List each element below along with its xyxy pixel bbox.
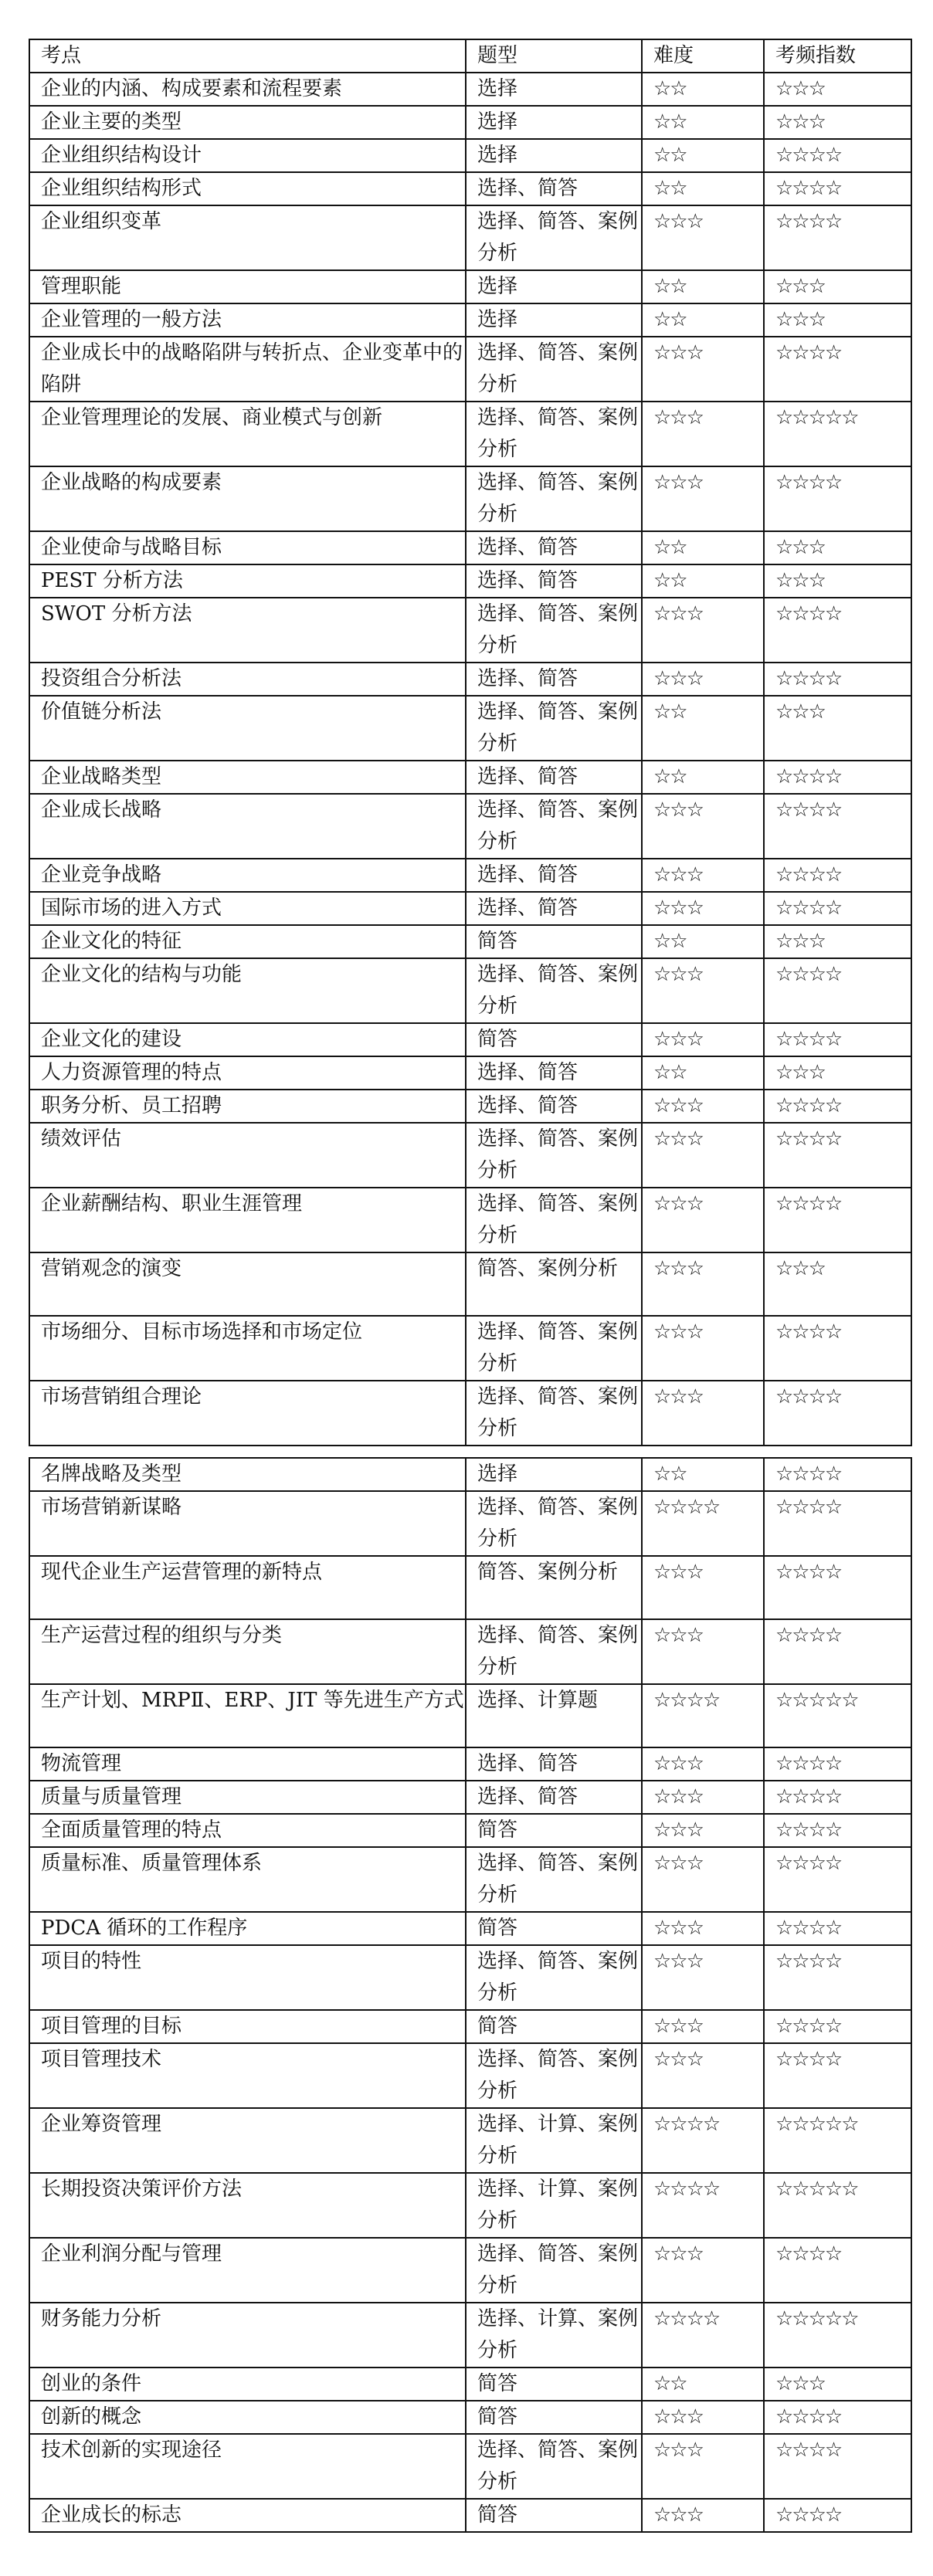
cell-topic: 名牌战略及类型	[29, 1458, 466, 1491]
cell-topic: 质量标准、质量管理体系	[29, 1847, 466, 1912]
table-row: 企业主要的类型选择☆☆☆☆☆	[29, 106, 911, 139]
cell-topic: 财务能力分析	[29, 2303, 466, 2368]
cell-topic: 企业主要的类型	[29, 106, 466, 139]
cell-question-type: 选择	[466, 139, 642, 172]
cell-difficulty-stars: ☆☆☆	[642, 958, 764, 1023]
cell-difficulty-stars: ☆☆☆	[642, 1381, 764, 1446]
cell-difficulty-stars: ☆☆☆☆	[642, 2108, 764, 2173]
table-row: 企业文化的特征简答☆☆☆☆☆	[29, 925, 911, 958]
table-row: 企业组织结构设计选择☆☆☆☆☆☆	[29, 139, 911, 172]
cell-question-type: 简答	[466, 2499, 642, 2532]
cell-question-type: 选择、计算、案例分析	[466, 2173, 642, 2238]
cell-frequency-stars: ☆☆☆☆☆	[764, 2303, 911, 2368]
cell-difficulty-stars: ☆☆☆	[642, 1023, 764, 1056]
cell-difficulty-stars: ☆☆☆	[642, 1556, 764, 1619]
cell-topic: 长期投资决策评价方法	[29, 2173, 466, 2238]
cell-question-type: 选择、简答	[466, 663, 642, 696]
cell-topic: 投资组合分析法	[29, 663, 466, 696]
cell-topic: 企业组织结构设计	[29, 139, 466, 172]
cell-difficulty-stars: ☆☆☆	[642, 1945, 764, 2010]
header-topic: 考点	[29, 39, 466, 73]
cell-question-type: 选择、简答、案例分析	[466, 1945, 642, 2010]
cell-question-type: 选择、简答	[466, 531, 642, 564]
cell-frequency-stars: ☆☆☆☆	[764, 2010, 911, 2043]
table-row: 营销观念的演变简答、案例分析☆☆☆☆☆☆	[29, 1252, 911, 1316]
table-row: 企业战略的构成要素选择、简答、案例分析☆☆☆☆☆☆☆	[29, 466, 911, 531]
cell-question-type: 选择、计算、案例分析	[466, 2303, 642, 2368]
table-row: 企业竞争战略选择、简答☆☆☆☆☆☆☆	[29, 859, 911, 892]
cell-frequency-stars: ☆☆☆☆	[764, 598, 911, 663]
cell-difficulty-stars: ☆☆☆	[642, 402, 764, 466]
cell-topic: PEST 分析方法	[29, 564, 466, 598]
cell-topic: 现代企业生产运营管理的新特点	[29, 1556, 466, 1619]
cell-topic: 企业成长的标志	[29, 2499, 466, 2532]
exam-points-table-part-2: 名牌战略及类型选择☆☆☆☆☆☆市场营销新谋略选择、简答、案例分析☆☆☆☆☆☆☆☆…	[29, 1457, 912, 2533]
table-header-row: 考点 题型 难度 考频指数	[29, 39, 911, 73]
cell-difficulty-stars: ☆☆	[642, 564, 764, 598]
cell-frequency-stars: ☆☆☆☆	[764, 1090, 911, 1123]
table-row: 长期投资决策评价方法选择、计算、案例分析☆☆☆☆☆☆☆☆☆	[29, 2173, 911, 2238]
cell-question-type: 简答、案例分析	[466, 1556, 642, 1619]
table-row: SWOT 分析方法选择、简答、案例分析☆☆☆☆☆☆☆	[29, 598, 911, 663]
exam-points-table-part-1: 考点 题型 难度 考频指数 企业的内涵、构成要素和流程要素选择☆☆☆☆☆企业主要…	[29, 39, 912, 1446]
header-type: 题型	[466, 39, 642, 73]
cell-question-type: 选择、简答、案例分析	[466, 1491, 642, 1556]
cell-difficulty-stars: ☆☆☆	[642, 1912, 764, 1945]
table-row: 价值链分析法选择、简答、案例分析☆☆☆☆☆	[29, 696, 911, 761]
table-row: PDCA 循环的工作程序简答☆☆☆☆☆☆☆	[29, 1912, 911, 1945]
cell-topic: 企业成长中的战略陷阱与转折点、企业变革中的陷阱	[29, 337, 466, 402]
cell-question-type: 选择、计算、案例分析	[466, 2108, 642, 2173]
cell-frequency-stars: ☆☆☆☆☆	[764, 2108, 911, 2173]
cell-topic: SWOT 分析方法	[29, 598, 466, 663]
cell-question-type: 选择、简答、案例分析	[466, 1619, 642, 1684]
cell-question-type: 选择、简答、案例分析	[466, 794, 642, 859]
cell-topic: 企业使命与战略目标	[29, 531, 466, 564]
table-row: 财务能力分析选择、计算、案例分析☆☆☆☆☆☆☆☆☆	[29, 2303, 911, 2368]
cell-question-type: 选择、简答、案例分析	[466, 2043, 642, 2108]
cell-topic: 国际市场的进入方式	[29, 892, 466, 925]
cell-question-type: 选择、简答、案例分析	[466, 1316, 642, 1381]
cell-question-type: 选择、简答、案例分析	[466, 205, 642, 270]
cell-topic: 人力资源管理的特点	[29, 1056, 466, 1090]
table-row: 物流管理选择、简答☆☆☆☆☆☆☆	[29, 1747, 911, 1781]
table-row: 企业成长中的战略陷阱与转折点、企业变革中的陷阱选择、简答、案例分析☆☆☆☆☆☆☆	[29, 337, 911, 402]
cell-topic: 项目的特性	[29, 1945, 466, 2010]
cell-frequency-stars: ☆☆☆☆	[764, 1781, 911, 1814]
cell-frequency-stars: ☆☆☆	[764, 1252, 911, 1316]
cell-question-type: 选择、简答、案例分析	[466, 1381, 642, 1446]
table-row: 生产运营过程的组织与分类选择、简答、案例分析☆☆☆☆☆☆☆	[29, 1619, 911, 1684]
cell-topic: 创业的条件	[29, 2368, 466, 2401]
cell-frequency-stars: ☆☆☆	[764, 2368, 911, 2401]
table-row: 企业的内涵、构成要素和流程要素选择☆☆☆☆☆	[29, 73, 911, 106]
cell-topic: 价值链分析法	[29, 696, 466, 761]
cell-topic: 绩效评估	[29, 1123, 466, 1188]
cell-question-type: 选择、简答	[466, 892, 642, 925]
table-row: 企业利润分配与管理选择、简答、案例分析☆☆☆☆☆☆☆	[29, 2238, 911, 2303]
table-row: 企业成长战略选择、简答、案例分析☆☆☆☆☆☆☆	[29, 794, 911, 859]
cell-difficulty-stars: ☆☆☆	[642, 1847, 764, 1912]
cell-topic: 企业管理理论的发展、商业模式与创新	[29, 402, 466, 466]
cell-difficulty-stars: ☆☆☆	[642, 2238, 764, 2303]
cell-topic: 管理职能	[29, 270, 466, 303]
cell-difficulty-stars: ☆☆☆	[642, 1619, 764, 1684]
table-row: 企业薪酬结构、职业生涯管理选择、简答、案例分析☆☆☆☆☆☆☆	[29, 1188, 911, 1252]
cell-difficulty-stars: ☆☆☆	[642, 205, 764, 270]
cell-question-type: 选择、简答	[466, 172, 642, 205]
cell-topic: PDCA 循环的工作程序	[29, 1912, 466, 1945]
cell-question-type: 选择、简答、案例分析	[466, 2434, 642, 2499]
cell-difficulty-stars: ☆☆	[642, 531, 764, 564]
cell-question-type: 简答	[466, 1814, 642, 1847]
header-frequency: 考频指数	[764, 39, 911, 73]
cell-frequency-stars: ☆☆☆☆	[764, 466, 911, 531]
cell-frequency-stars: ☆☆☆☆☆	[764, 402, 911, 466]
cell-difficulty-stars: ☆☆☆	[642, 892, 764, 925]
cell-question-type: 选择、简答	[466, 564, 642, 598]
cell-question-type: 选择	[466, 303, 642, 337]
cell-difficulty-stars: ☆☆☆	[642, 794, 764, 859]
cell-topic: 项目管理技术	[29, 2043, 466, 2108]
cell-frequency-stars: ☆☆☆	[764, 564, 911, 598]
table-row: 企业使命与战略目标选择、简答☆☆☆☆☆	[29, 531, 911, 564]
cell-difficulty-stars: ☆☆	[642, 139, 764, 172]
cell-frequency-stars: ☆☆☆☆	[764, 859, 911, 892]
table-row: 市场营销新谋略选择、简答、案例分析☆☆☆☆☆☆☆☆	[29, 1491, 911, 1556]
cell-frequency-stars: ☆☆☆☆	[764, 1814, 911, 1847]
cell-question-type: 选择、简答	[466, 1781, 642, 1814]
cell-frequency-stars: ☆☆☆☆	[764, 2434, 911, 2499]
cell-difficulty-stars: ☆☆☆☆	[642, 2303, 764, 2368]
cell-difficulty-stars: ☆☆	[642, 172, 764, 205]
cell-topic: 物流管理	[29, 1747, 466, 1781]
cell-topic: 企业战略的构成要素	[29, 466, 466, 531]
cell-difficulty-stars: ☆☆	[642, 270, 764, 303]
cell-frequency-stars: ☆☆☆☆	[764, 139, 911, 172]
cell-difficulty-stars: ☆☆☆	[642, 1814, 764, 1847]
cell-frequency-stars: ☆☆☆☆	[764, 1912, 911, 1945]
cell-frequency-stars: ☆☆☆☆	[764, 1945, 911, 2010]
cell-difficulty-stars: ☆☆	[642, 1458, 764, 1491]
cell-difficulty-stars: ☆☆☆	[642, 466, 764, 531]
cell-question-type: 简答	[466, 2368, 642, 2401]
header-difficulty: 难度	[642, 39, 764, 73]
cell-difficulty-stars: ☆☆☆	[642, 1747, 764, 1781]
cell-frequency-stars: ☆☆☆	[764, 531, 911, 564]
table-row: 生产计划、MRPⅡ、ERP、JIT 等先进生产方式选择、计算题☆☆☆☆☆☆☆☆☆	[29, 1684, 911, 1747]
cell-question-type: 选择、简答	[466, 1056, 642, 1090]
cell-difficulty-stars: ☆☆	[642, 696, 764, 761]
table-row: 项目的特性选择、简答、案例分析☆☆☆☆☆☆☆	[29, 1945, 911, 2010]
cell-difficulty-stars: ☆☆☆	[642, 1090, 764, 1123]
cell-frequency-stars: ☆☆☆☆	[764, 761, 911, 794]
cell-question-type: 选择、简答、案例分析	[466, 402, 642, 466]
cell-frequency-stars: ☆☆☆☆	[764, 1491, 911, 1556]
cell-frequency-stars: ☆☆☆	[764, 925, 911, 958]
cell-frequency-stars: ☆☆☆☆	[764, 958, 911, 1023]
cell-question-type: 选择、简答、案例分析	[466, 958, 642, 1023]
cell-question-type: 选择	[466, 106, 642, 139]
cell-frequency-stars: ☆☆☆	[764, 73, 911, 106]
cell-frequency-stars: ☆☆☆	[764, 303, 911, 337]
cell-frequency-stars: ☆☆☆☆	[764, 1316, 911, 1381]
cell-topic: 企业成长战略	[29, 794, 466, 859]
cell-frequency-stars: ☆☆☆	[764, 1056, 911, 1090]
cell-topic: 企业筹资管理	[29, 2108, 466, 2173]
cell-question-type: 选择、简答	[466, 859, 642, 892]
cell-frequency-stars: ☆☆☆☆☆	[764, 1684, 911, 1747]
cell-difficulty-stars: ☆☆☆	[642, 2434, 764, 2499]
table-row: 管理职能选择☆☆☆☆☆	[29, 270, 911, 303]
cell-topic: 项目管理的目标	[29, 2010, 466, 2043]
cell-question-type: 选择	[466, 270, 642, 303]
cell-question-type: 选择、简答	[466, 1747, 642, 1781]
cell-difficulty-stars: ☆☆☆	[642, 1316, 764, 1381]
cell-topic: 质量与质量管理	[29, 1781, 466, 1814]
cell-frequency-stars: ☆☆☆☆	[764, 337, 911, 402]
cell-difficulty-stars: ☆☆☆	[642, 1252, 764, 1316]
cell-question-type: 简答	[466, 2401, 642, 2434]
cell-topic: 技术创新的实现途径	[29, 2434, 466, 2499]
table-row: 企业成长的标志简答☆☆☆☆☆☆☆	[29, 2499, 911, 2532]
cell-topic: 企业管理的一般方法	[29, 303, 466, 337]
cell-difficulty-stars: ☆☆☆	[642, 598, 764, 663]
cell-frequency-stars: ☆☆☆☆	[764, 663, 911, 696]
cell-topic: 企业文化的特征	[29, 925, 466, 958]
cell-topic: 市场营销组合理论	[29, 1381, 466, 1446]
cell-topic: 职务分析、员工招聘	[29, 1090, 466, 1123]
cell-difficulty-stars: ☆☆☆	[642, 2499, 764, 2532]
cell-frequency-stars: ☆☆☆	[764, 106, 911, 139]
cell-difficulty-stars: ☆☆	[642, 761, 764, 794]
cell-frequency-stars: ☆☆☆☆	[764, 1847, 911, 1912]
cell-question-type: 选择、简答、案例分析	[466, 1188, 642, 1252]
cell-difficulty-stars: ☆☆☆	[642, 2401, 764, 2434]
cell-difficulty-stars: ☆☆	[642, 303, 764, 337]
table-row: 市场细分、目标市场选择和市场定位选择、简答、案例分析☆☆☆☆☆☆☆	[29, 1316, 911, 1381]
cell-question-type: 选择	[466, 73, 642, 106]
cell-difficulty-stars: ☆☆☆	[642, 1123, 764, 1188]
cell-topic: 企业的内涵、构成要素和流程要素	[29, 73, 466, 106]
cell-frequency-stars: ☆☆☆☆	[764, 892, 911, 925]
cell-frequency-stars: ☆☆☆☆	[764, 1123, 911, 1188]
cell-topic: 企业组织结构形式	[29, 172, 466, 205]
cell-frequency-stars: ☆☆☆☆	[764, 1381, 911, 1446]
cell-question-type: 简答	[466, 2010, 642, 2043]
table-row: 企业战略类型选择、简答☆☆☆☆☆☆	[29, 761, 911, 794]
cell-question-type: 简答	[466, 1023, 642, 1056]
table-row: 投资组合分析法选择、简答☆☆☆☆☆☆☆	[29, 663, 911, 696]
table-row: 企业文化的建设简答☆☆☆☆☆☆☆	[29, 1023, 911, 1056]
cell-question-type: 选择	[466, 1458, 642, 1491]
cell-difficulty-stars: ☆☆☆	[642, 337, 764, 402]
cell-question-type: 选择、简答	[466, 1090, 642, 1123]
cell-difficulty-stars: ☆☆	[642, 73, 764, 106]
cell-frequency-stars: ☆☆☆☆	[764, 205, 911, 270]
table-row: 企业管理理论的发展、商业模式与创新选择、简答、案例分析☆☆☆☆☆☆☆☆	[29, 402, 911, 466]
cell-question-type: 选择、简答、案例分析	[466, 2238, 642, 2303]
cell-difficulty-stars: ☆☆☆	[642, 1188, 764, 1252]
cell-frequency-stars: ☆☆☆☆	[764, 1747, 911, 1781]
table-row: 项目管理技术选择、简答、案例分析☆☆☆☆☆☆☆	[29, 2043, 911, 2108]
cell-question-type: 简答	[466, 925, 642, 958]
cell-frequency-stars: ☆☆☆☆	[764, 1619, 911, 1684]
cell-frequency-stars: ☆☆☆☆☆	[764, 2173, 911, 2238]
table-row: 名牌战略及类型选择☆☆☆☆☆☆	[29, 1458, 911, 1491]
cell-question-type: 选择、简答	[466, 761, 642, 794]
cell-topic: 企业利润分配与管理	[29, 2238, 466, 2303]
table-row: 项目管理的目标简答☆☆☆☆☆☆☆	[29, 2010, 911, 2043]
cell-frequency-stars: ☆☆☆☆	[764, 2401, 911, 2434]
cell-difficulty-stars: ☆☆☆	[642, 1781, 764, 1814]
table-row: 现代企业生产运营管理的新特点简答、案例分析☆☆☆☆☆☆☆	[29, 1556, 911, 1619]
cell-frequency-stars: ☆☆☆☆	[764, 2238, 911, 2303]
cell-question-type: 选择、简答、案例分析	[466, 1123, 642, 1188]
cell-frequency-stars: ☆☆☆☆	[764, 1023, 911, 1056]
cell-frequency-stars: ☆☆☆	[764, 696, 911, 761]
cell-frequency-stars: ☆☆☆☆	[764, 1556, 911, 1619]
cell-question-type: 选择、简答、案例分析	[466, 337, 642, 402]
cell-topic: 企业薪酬结构、职业生涯管理	[29, 1188, 466, 1252]
cell-question-type: 选择、简答、案例分析	[466, 1847, 642, 1912]
cell-difficulty-stars: ☆☆☆	[642, 2043, 764, 2108]
cell-difficulty-stars: ☆☆☆	[642, 2010, 764, 2043]
table-row: 国际市场的进入方式选择、简答☆☆☆☆☆☆☆	[29, 892, 911, 925]
cell-question-type: 选择、简答、案例分析	[466, 598, 642, 663]
table-row: 市场营销组合理论选择、简答、案例分析☆☆☆☆☆☆☆	[29, 1381, 911, 1446]
cell-difficulty-stars: ☆☆	[642, 2368, 764, 2401]
table-row: 质量与质量管理选择、简答☆☆☆☆☆☆☆	[29, 1781, 911, 1814]
cell-topic: 创新的概念	[29, 2401, 466, 2434]
cell-topic: 市场细分、目标市场选择和市场定位	[29, 1316, 466, 1381]
cell-question-type: 选择、简答、案例分析	[466, 466, 642, 531]
cell-frequency-stars: ☆☆☆☆	[764, 2043, 911, 2108]
cell-topic: 生产计划、MRPⅡ、ERP、JIT 等先进生产方式	[29, 1684, 466, 1747]
cell-frequency-stars: ☆☆☆☆	[764, 1188, 911, 1252]
cell-frequency-stars: ☆☆☆☆	[764, 1458, 911, 1491]
table-row: 企业文化的结构与功能选择、简答、案例分析☆☆☆☆☆☆☆	[29, 958, 911, 1023]
cell-question-type: 选择、计算题	[466, 1684, 642, 1747]
cell-difficulty-stars: ☆☆☆☆	[642, 1684, 764, 1747]
cell-question-type: 简答	[466, 1912, 642, 1945]
cell-question-type: 简答、案例分析	[466, 1252, 642, 1316]
table-row: 企业组织结构形式选择、简答☆☆☆☆☆☆	[29, 172, 911, 205]
cell-difficulty-stars: ☆☆	[642, 1056, 764, 1090]
table-row: 绩效评估选择、简答、案例分析☆☆☆☆☆☆☆	[29, 1123, 911, 1188]
table-row: 创业的条件简答☆☆☆☆☆	[29, 2368, 911, 2401]
cell-topic: 企业文化的建设	[29, 1023, 466, 1056]
cell-frequency-stars: ☆☆☆☆	[764, 172, 911, 205]
cell-difficulty-stars: ☆☆☆☆	[642, 2173, 764, 2238]
cell-difficulty-stars: ☆☆	[642, 106, 764, 139]
cell-difficulty-stars: ☆☆☆	[642, 859, 764, 892]
cell-topic: 营销观念的演变	[29, 1252, 466, 1316]
cell-frequency-stars: ☆☆☆☆	[764, 2499, 911, 2532]
table-row: 技术创新的实现途径选择、简答、案例分析☆☆☆☆☆☆☆	[29, 2434, 911, 2499]
table-row: 企业组织变革选择、简答、案例分析☆☆☆☆☆☆☆	[29, 205, 911, 270]
cell-topic: 企业战略类型	[29, 761, 466, 794]
table-row: 全面质量管理的特点简答☆☆☆☆☆☆☆	[29, 1814, 911, 1847]
table-row: 人力资源管理的特点选择、简答☆☆☆☆☆	[29, 1056, 911, 1090]
cell-difficulty-stars: ☆☆☆☆	[642, 1491, 764, 1556]
cell-topic: 市场营销新谋略	[29, 1491, 466, 1556]
cell-question-type: 选择、简答、案例分析	[466, 696, 642, 761]
table-row: 企业管理的一般方法选择☆☆☆☆☆	[29, 303, 911, 337]
cell-difficulty-stars: ☆☆☆	[642, 663, 764, 696]
table-row: 质量标准、质量管理体系选择、简答、案例分析☆☆☆☆☆☆☆	[29, 1847, 911, 1912]
cell-topic: 企业竞争战略	[29, 859, 466, 892]
cell-topic: 企业文化的结构与功能	[29, 958, 466, 1023]
table-row: 职务分析、员工招聘选择、简答☆☆☆☆☆☆☆	[29, 1090, 911, 1123]
table-row: PEST 分析方法选择、简答☆☆☆☆☆	[29, 564, 911, 598]
cell-difficulty-stars: ☆☆	[642, 925, 764, 958]
cell-frequency-stars: ☆☆☆☆	[764, 794, 911, 859]
table-row: 企业筹资管理选择、计算、案例分析☆☆☆☆☆☆☆☆☆	[29, 2108, 911, 2173]
cell-topic: 生产运营过程的组织与分类	[29, 1619, 466, 1684]
cell-frequency-stars: ☆☆☆	[764, 270, 911, 303]
cell-topic: 企业组织变革	[29, 205, 466, 270]
table-row: 创新的概念简答☆☆☆☆☆☆☆	[29, 2401, 911, 2434]
cell-topic: 全面质量管理的特点	[29, 1814, 466, 1847]
